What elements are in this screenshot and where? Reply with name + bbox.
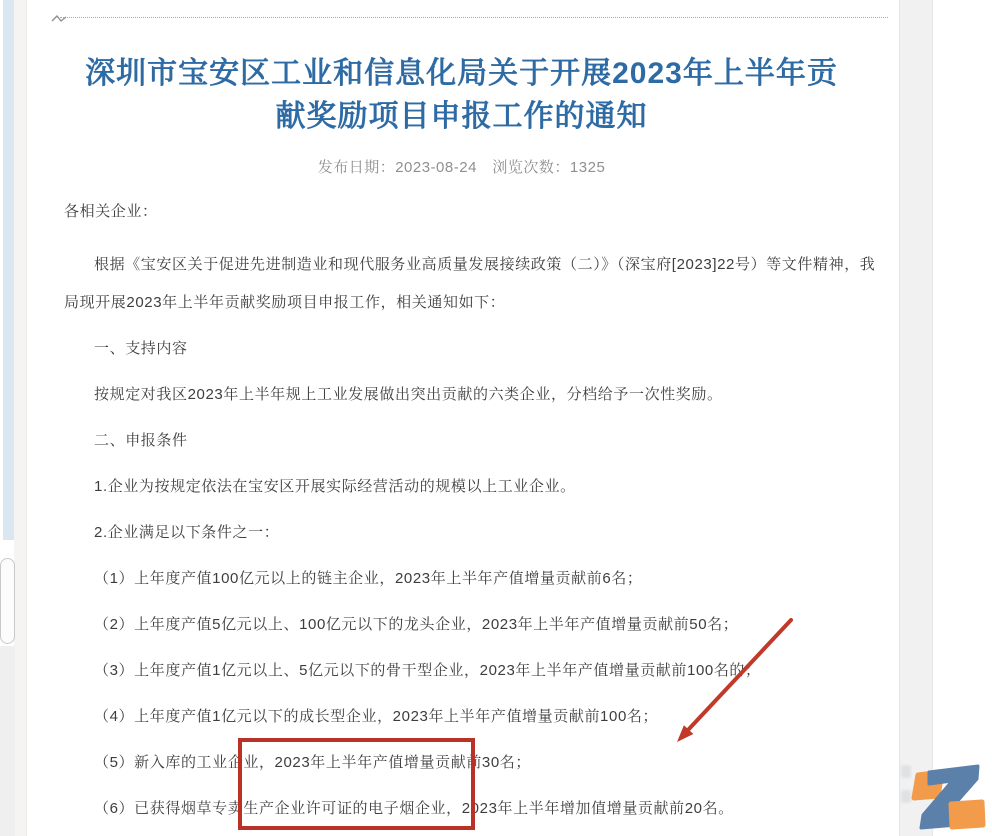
left-scrollbar-track-lower [0,646,15,836]
body-paragraph: 二、申报条件 [64,422,880,460]
body-paragraph: 各相关企业： [64,193,880,231]
body-paragraph: 一、支持内容 [64,330,880,368]
watermark-z-logo-icon [902,755,990,834]
notice-page: 深圳市宝安区工业和信息化局关于开展2023年上半年贡 献奖励项目申报工作的通知 … [0,0,992,836]
left-scrollbar-track [3,0,14,540]
body-paragraph: 2.企业满足以下条件之一： [64,514,880,552]
body-paragraph: （4）上年度产值1亿元以下的成长型企业，2023年上半年产值增量贡献前100名； [64,698,880,736]
body-paragraph: 根据《宝安区关于促进先进制造业和现代服务业高质量发展接续政策（二）》（深宝府[2… [64,246,880,322]
scrollbar-thumb[interactable] [0,558,15,644]
logo-orange-tile-bottom-icon [951,802,983,827]
top-dotted-divider [60,17,888,18]
body-paragraph: （1）上年度产值100亿元以上的链主企业，2023年上半年产值增量贡献前6名； [64,560,880,598]
notice-title-line-2: 献奖励项目申报工作的通知 [26,95,897,138]
body-paragraph: 1.企业为按规定依法在宝安区开展实际经营活动的规模以上工业企业。 [64,468,880,506]
notice-title: 深圳市宝安区工业和信息化局关于开展2023年上半年贡 献奖励项目申报工作的通知 [26,52,897,138]
body-paragraph: 按规定对我区2023年上半年规上工业发展做出突出贡献的六类企业，分档给予一次性奖… [64,376,880,414]
body-paragraphs: 各相关企业：根据《宝安区关于促进先进制造业和现代服务业高质量发展接续政策（二）》… [64,193,880,836]
body-paragraph: （2）上年度产值5亿元以上、100亿元以下的龙头企业，2023年上半年产值增量贡… [64,606,880,644]
body-paragraph: （5）新入库的工业企业，2023年上半年产值增量贡献前30名； [64,744,880,782]
notice-title-line-1: 深圳市宝安区工业和信息化局关于开展2023年上半年贡 [26,52,897,95]
right-page-gutter [899,0,933,836]
publish-meta: 发布日期：2023-08-24 浏览次数：1325 [26,158,897,178]
body-paragraph: （3）上年度产值1亿元以上、5亿元以下的骨干型企业，2023年上半年产值增量贡献… [64,652,880,690]
body-paragraph: （6）已获得烟草专卖生产企业许可证的电子烟企业，2023年上半年增加值增量贡献前… [64,790,880,828]
